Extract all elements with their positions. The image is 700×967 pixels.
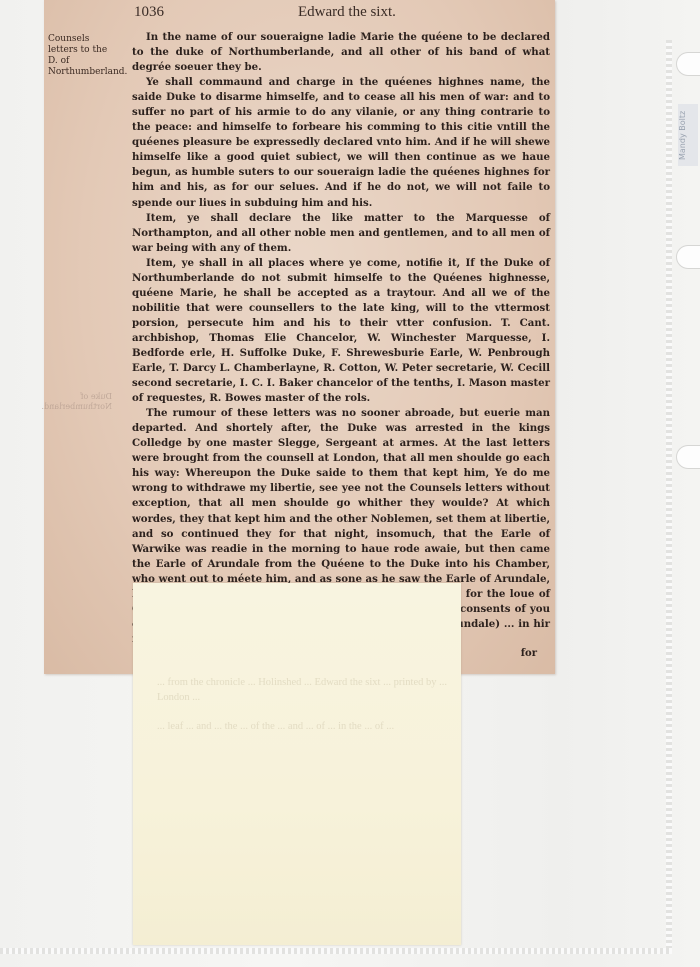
paragraph: Item, ye shall declare the like matter t…	[132, 211, 550, 256]
sleeve-bottom-seam	[0, 948, 672, 954]
binder-hole	[676, 52, 700, 76]
sleeve-brand-label: Mandy Boltz	[678, 104, 698, 166]
overlay-paragraph: ... from the chronicle ... Holinshed ...…	[157, 675, 447, 705]
page-number: 1036	[134, 4, 164, 21]
antique-page-leaf: 1036 Edward the sixt. Counsels letters t…	[44, 0, 555, 674]
paragraph: Item, ye shall in all places where ye co…	[132, 256, 550, 406]
margin-note: Counsels letters to the D. of Northumber…	[48, 34, 112, 78]
overlay-text: ... from the chronicle ... Holinshed ...…	[157, 675, 447, 748]
binder-hole	[676, 245, 700, 269]
paragraph: Ye shall commaund and charge in the quée…	[132, 75, 550, 210]
sleeve-seam	[666, 40, 672, 950]
body-text: In the name of our soueraigne ladie Mari…	[132, 30, 550, 647]
margin-note-showthrough: Duke of Northumberland.	[64, 392, 112, 412]
description-paper-slip: ... from the chronicle ... Holinshed ...…	[133, 583, 461, 945]
paragraph: In the name of our soueraigne ladie Mari…	[132, 30, 550, 75]
running-head: 1036 Edward the sixt.	[134, 4, 515, 24]
running-head-title: Edward the sixt.	[298, 4, 396, 21]
overlay-paragraph: ... leaf ... and ... the ... of the ... …	[157, 719, 447, 734]
binder-hole	[676, 445, 700, 469]
catchword: for	[521, 648, 537, 659]
